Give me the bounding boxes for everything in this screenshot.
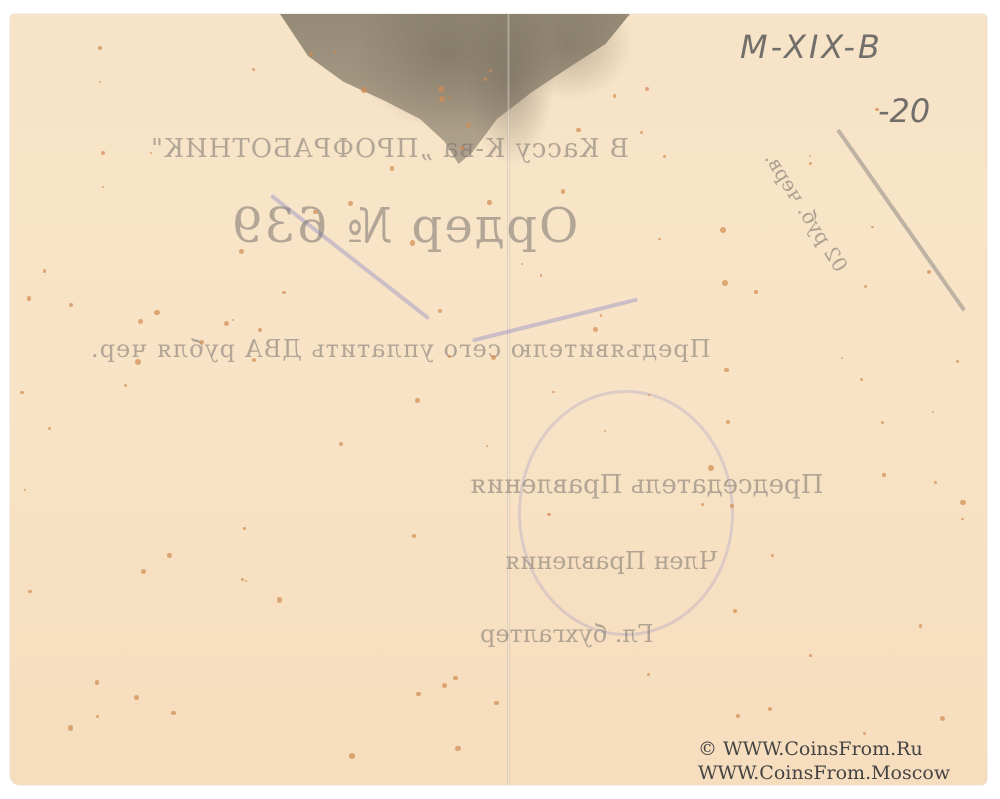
foxing-spot xyxy=(875,108,879,112)
mirrored-board-member-label: Член Правления xyxy=(505,547,717,575)
foxing-spot xyxy=(600,314,602,316)
foxing-spot xyxy=(960,500,965,505)
foxing-spot xyxy=(722,280,728,286)
foxing-spot xyxy=(277,597,282,602)
mirrored-chairman-label: Председатель Правления xyxy=(470,470,823,500)
mirrored-accountant-label: Гл. бухгалтер xyxy=(480,620,653,648)
foxing-spot xyxy=(494,701,499,706)
foxing-spot xyxy=(232,319,234,321)
foxing-spot xyxy=(932,411,934,413)
handwritten-number: -20 xyxy=(878,92,930,130)
foxing-spot xyxy=(134,695,139,700)
foxing-spot xyxy=(24,489,26,491)
foxing-spot xyxy=(442,683,447,688)
foxing-spot xyxy=(438,309,442,313)
foxing-spot xyxy=(487,200,492,205)
foxing-spot xyxy=(438,86,444,92)
foxing-spot xyxy=(101,151,105,155)
foxing-spot xyxy=(466,123,471,128)
foxing-spot xyxy=(448,97,450,99)
foxing-spot xyxy=(961,518,964,521)
foxing-spot xyxy=(882,473,886,477)
foxing-spot xyxy=(841,357,843,359)
foxing-spot xyxy=(613,94,617,98)
foxing-spot xyxy=(252,68,255,71)
foxing-spot xyxy=(754,290,757,293)
foxing-spot xyxy=(252,358,256,362)
foxing-spot xyxy=(138,319,143,324)
foxing-spot xyxy=(736,714,740,718)
foxing-spot xyxy=(416,692,420,696)
foxing-spot xyxy=(349,753,354,758)
foxing-spot xyxy=(313,210,317,214)
foxing-spot xyxy=(604,430,606,432)
foxing-spot xyxy=(934,481,937,484)
foxing-spot xyxy=(68,725,74,731)
foxing-spot xyxy=(863,732,867,736)
foxing-spot xyxy=(258,328,262,332)
foxing-spot xyxy=(98,46,102,50)
foxing-spot xyxy=(69,303,73,307)
foxing-spot xyxy=(135,359,141,365)
mirrored-heading: В Кассу К-ва „ПРОФРАБОТНИК" xyxy=(150,134,629,164)
foxing-spot xyxy=(453,676,457,680)
foxing-spot xyxy=(809,654,812,657)
fold-crease xyxy=(507,14,510,785)
foxing-spot xyxy=(167,553,172,558)
watermark-line-2: WWW.CoinsFrom.Moscow xyxy=(698,762,950,784)
foxing-spot xyxy=(460,146,464,150)
foxing-spot xyxy=(455,746,461,752)
foxing-spot xyxy=(771,554,774,557)
handwritten-catalog-code: M-XIX-B xyxy=(740,28,883,66)
foxing-spot xyxy=(956,360,959,363)
foxing-spot xyxy=(282,291,285,294)
foxing-spot xyxy=(150,152,152,154)
foxing-spot xyxy=(708,465,714,471)
foxing-spot xyxy=(645,87,649,91)
foxing-spot xyxy=(864,285,867,288)
foxing-spot xyxy=(334,50,336,52)
foxing-spot xyxy=(243,527,246,530)
foxing-spot xyxy=(339,442,343,446)
foxing-spot xyxy=(27,296,31,300)
foxing-spot xyxy=(724,368,728,372)
mirrored-order-number: Ордер № 639 xyxy=(230,198,578,254)
foxing-spot xyxy=(415,398,420,403)
foxing-spot xyxy=(561,189,565,193)
foxing-spot xyxy=(361,87,367,93)
foxing-spot xyxy=(919,624,923,628)
mirrored-payment-line: Предъявителю сего уплатить ДВА рубля чер… xyxy=(90,335,711,363)
watermark-line-1: © WWW.CoinsFrom.Ru xyxy=(698,738,923,760)
foxing-spot xyxy=(640,131,643,134)
foxing-spot xyxy=(663,155,666,158)
foxing-spot xyxy=(390,166,395,171)
foxing-spot xyxy=(871,226,873,228)
foxing-spot xyxy=(547,513,551,517)
foxing-spot xyxy=(95,680,99,684)
